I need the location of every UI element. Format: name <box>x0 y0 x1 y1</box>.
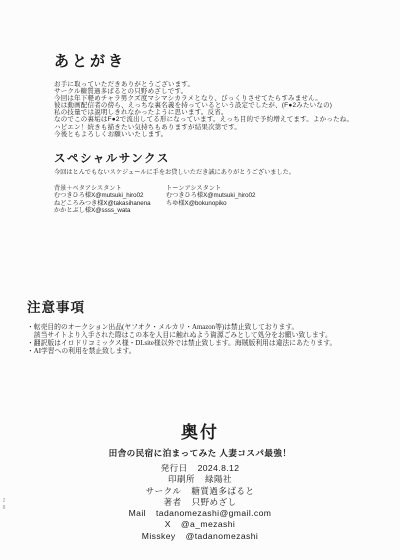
colophon-label: 印刷所 <box>168 474 195 484</box>
note-line: 該当サイトより入手された際はこの本を人目に触れぬよう資源ごみとして処分をお願い致… <box>27 332 383 340</box>
colophon-label: サークル <box>146 486 182 496</box>
notes-heading: 注意事項 <box>27 296 383 316</box>
colophon-section: 奥付 田舎の民宿に泊まってみた 人妻コスパ最強！ 発行日2024.8.12 印刷… <box>0 418 400 542</box>
notes-section: 注意事項 ・転売目的のオークション出品(ヤフオク・メルカリ・Amazon等)は禁… <box>27 296 383 356</box>
book-title: 田舎の民宿に泊まってみた 人妻コスパ最強！ <box>0 447 400 459</box>
colophon-label: 著者 <box>164 497 182 507</box>
afterword-heading: あとがき <box>54 50 374 71</box>
note-line: ・転売目的のオークション出品(ヤフオク・メルカリ・Amazon等)は禁止致してお… <box>27 324 383 332</box>
colophon-label: X <box>165 519 171 529</box>
colophon-value: @a_mezashi <box>181 519 235 529</box>
colophon-value: 糖質過多ばると <box>191 486 254 496</box>
afterword-line: ハピエン！続きも描きたい気持ちもありますが結果次第です。 <box>54 124 374 131</box>
notes-body: ・転売目的のオークション出品(ヤフオク・メルカリ・Amazon等)は禁止致してお… <box>27 324 383 356</box>
special-thanks-heading: スペシャルサンクス <box>54 150 384 166</box>
colophon-row-printer: 印刷所緑陽社 <box>0 474 400 485</box>
colophon-label: Mail <box>129 508 146 518</box>
afterword-body: お手に取っていただきありがとうございます。 サークル糖質過多ばるとの只野めざしで… <box>54 81 374 138</box>
page-number: 28 <box>1 498 7 512</box>
credits-column-background: 背景＋ベタアシスタント むつきひろ様X@mutsuki_hiro02 ねどころみ… <box>54 185 166 215</box>
credit-person: かかとぶし様X@ssss_wata <box>54 207 166 214</box>
colophon-heading: 奥付 <box>0 418 400 443</box>
special-thanks-section: スペシャルサンクス 今回はとんでもないスケジュールに手をお貸しいただき誠にありが… <box>54 150 384 215</box>
note-line: ・AI学習への利用を禁止致します。 <box>27 348 383 356</box>
colophon-row-mail: Mailtadanomezashi@gmail.com <box>0 508 400 519</box>
colophon-row-author: 著者只野めざし <box>0 497 400 508</box>
colophon-label: 発行日 <box>161 463 188 473</box>
colophon-value: @tadanomezashi <box>186 531 259 541</box>
colophon-row-misskey: Misskey@tadanomezashi <box>0 531 400 542</box>
afterword-section: あとがき お手に取っていただきありがとうございます。 サークル糖質過多ばるとの只… <box>54 50 374 138</box>
colophon-row-publish-date: 発行日2024.8.12 <box>0 463 400 474</box>
special-thanks-intro: 今回はとんでもないスケジュールに手をお貸しいただき誠にありがとうございました。 <box>54 169 384 176</box>
credit-person: ちゆ様X@bokunopiko <box>166 200 256 207</box>
colophon-row-circle: サークル糖質過多ばると <box>0 486 400 497</box>
colophon-label: Misskey <box>142 531 176 541</box>
colophon-value: tadanomezashi@gmail.com <box>156 508 271 518</box>
colophon-value: 緑陽社 <box>205 474 232 484</box>
afterword-line: 今後ともよろしくお願いいたします。 <box>54 131 374 138</box>
colophon-value: 2024.8.12 <box>198 463 240 473</box>
credit-person: むつきひろ様X@mutsuki_hiro02 <box>166 192 256 199</box>
doujin-afterword-page: あとがき お手に取っていただきありがとうございます。 サークル糖質過多ばるとの只… <box>0 0 400 560</box>
credits-column-tone: トーンアシスタント むつきひろ様X@mutsuki_hiro02 ちゆ様X@bo… <box>166 185 256 215</box>
afterword-line: なのでこの裏垢はF●2で流出してる形になっています。えっち目的で予約増えてます。… <box>54 116 374 123</box>
credit-person: むつきひろ様X@mutsuki_hiro02 <box>54 192 166 199</box>
credits-columns: 背景＋ベタアシスタント むつきひろ様X@mutsuki_hiro02 ねどころみ… <box>54 185 384 215</box>
colophon-value: 只野めざし <box>192 497 237 507</box>
colophon-row-x: X@a_mezashi <box>0 519 400 530</box>
